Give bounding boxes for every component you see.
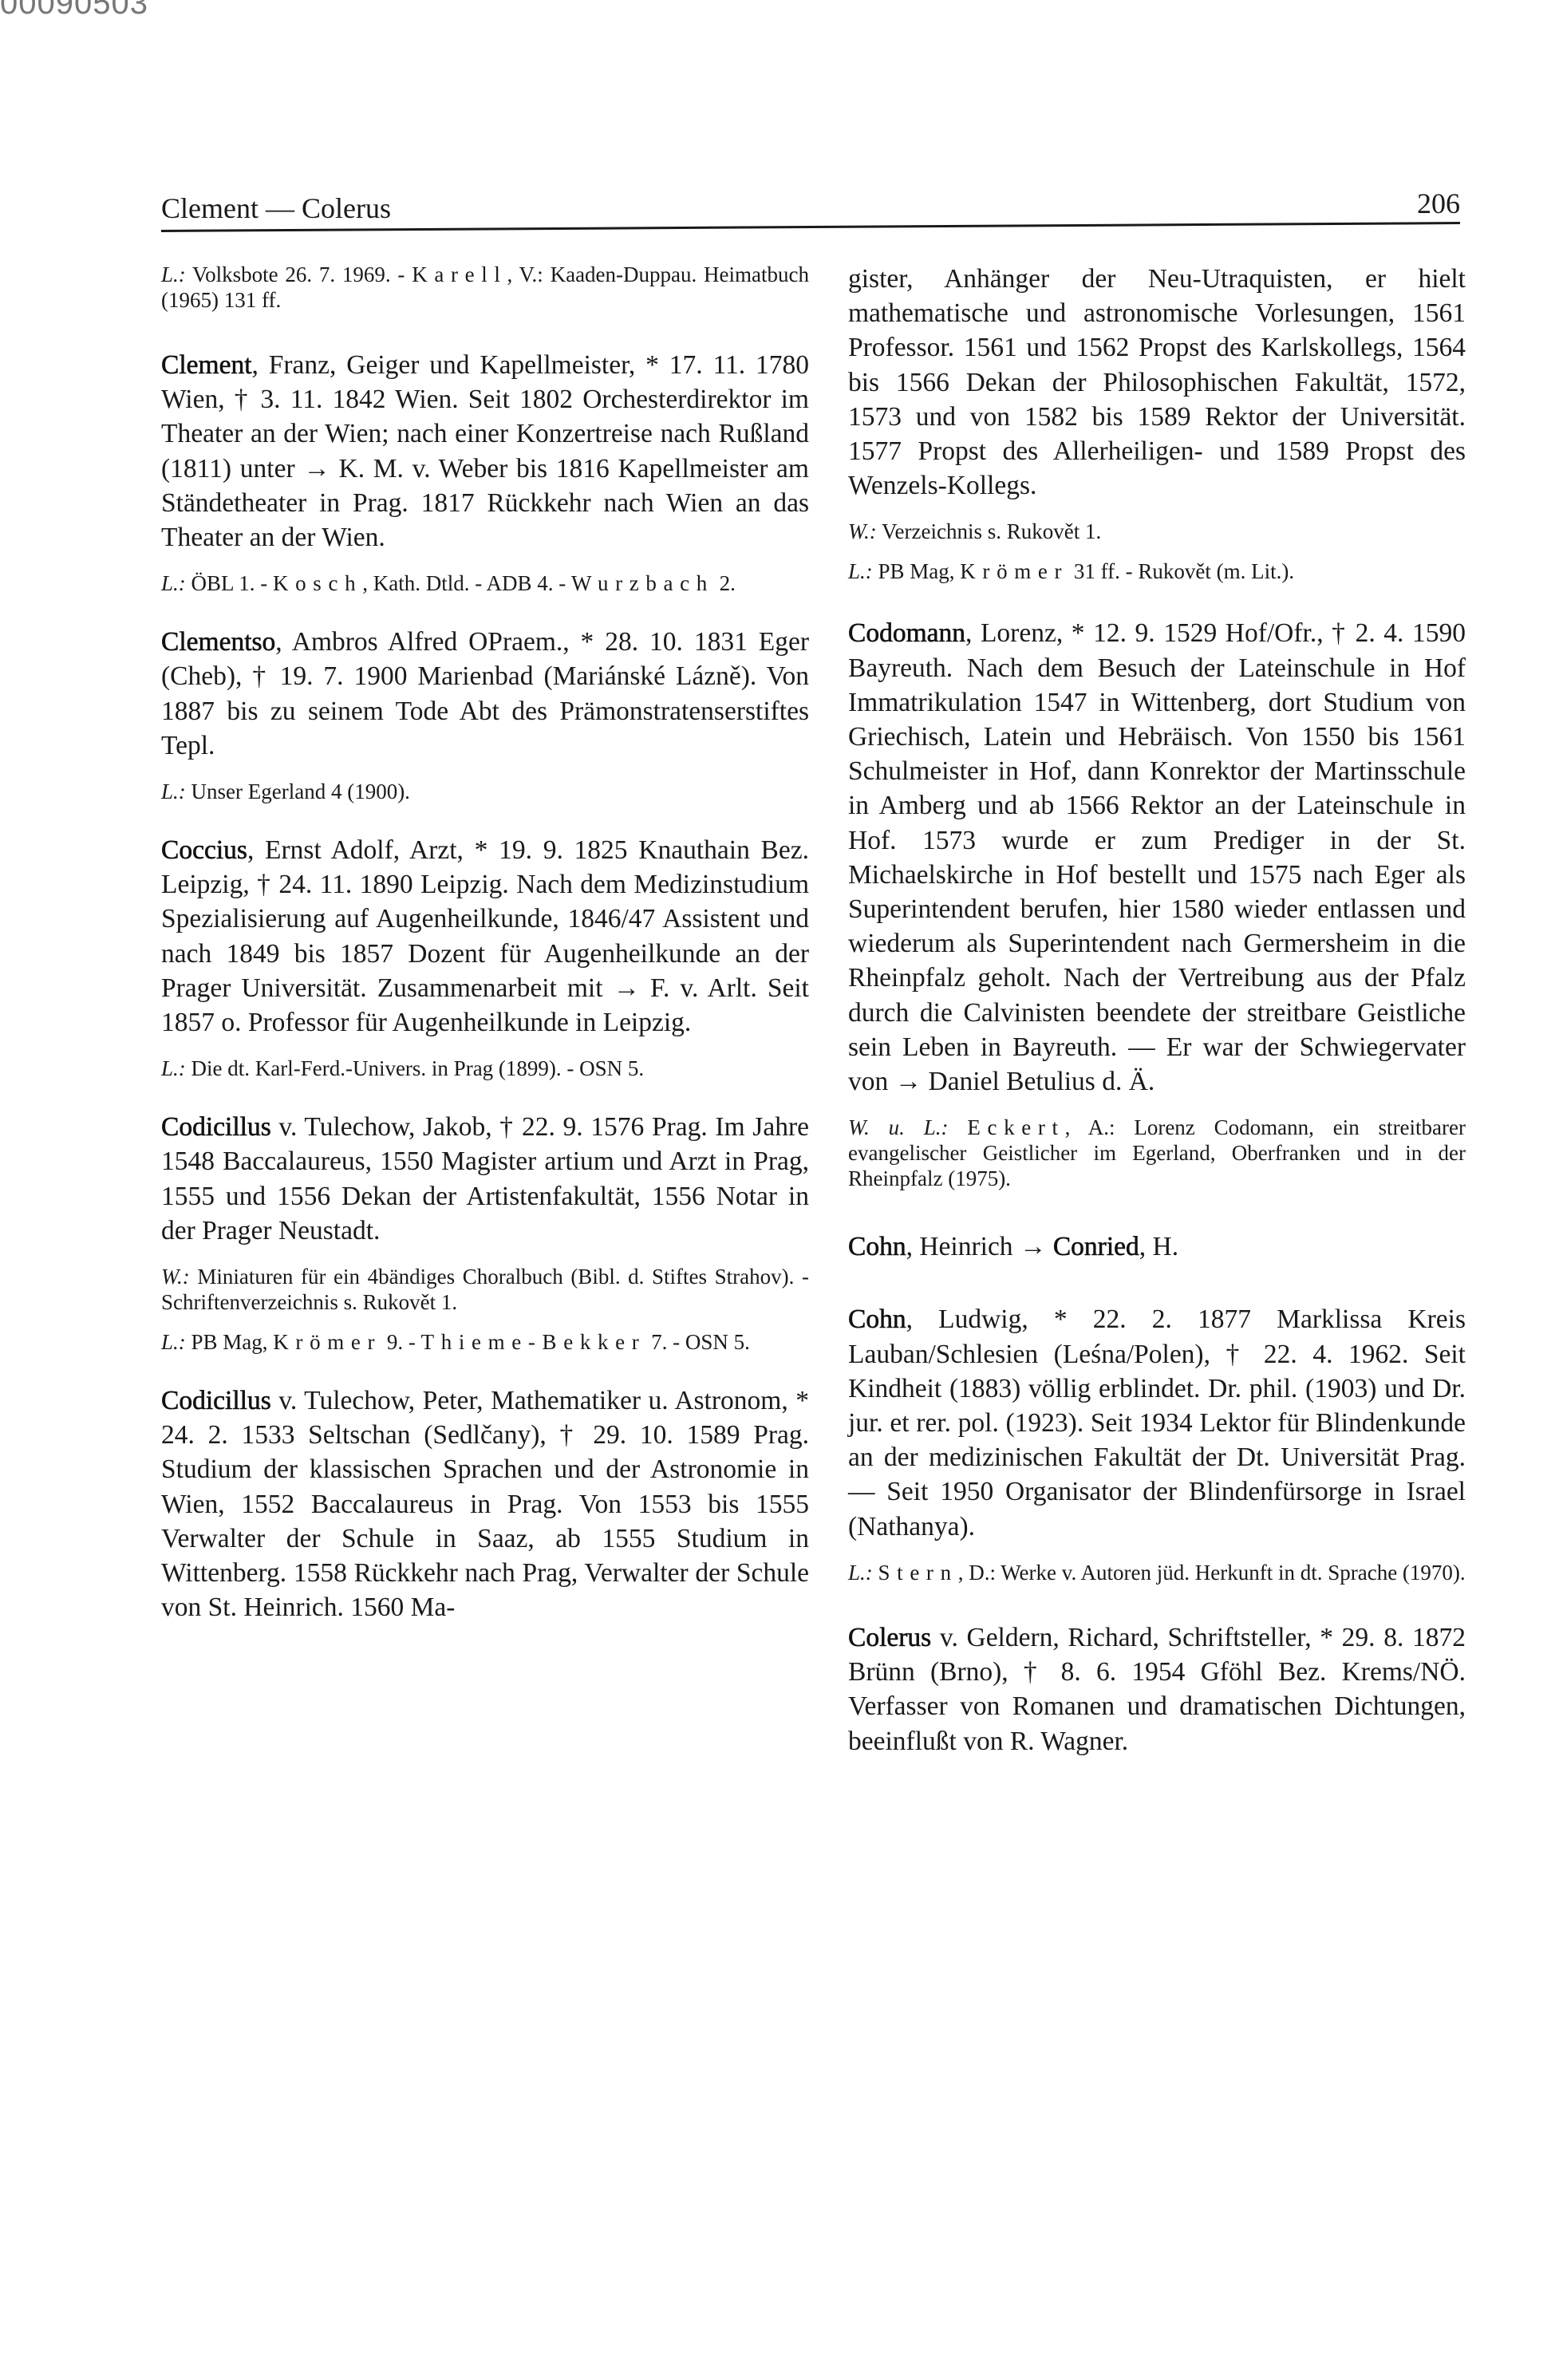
reference-line: L.: Die dt. Karl-Ferd.-Univers. in Prag … [161, 1056, 809, 1081]
reference-author: Krömer [960, 559, 1068, 583]
entry-text: Clementso, Ambros Alfred OPraem., * 28. … [161, 625, 809, 763]
reference-author: Kosch [273, 571, 362, 595]
reference-text: Volksbote 26. 7. 1969. - [186, 262, 412, 286]
entry-lemma: Coccius [161, 835, 247, 865]
reference-text: Miniaturen für ein 4bändiges Choralbuch … [161, 1265, 809, 1314]
entry-body: , Ludwig, * 22. 2. 1877 Marklissa Kreis … [848, 1304, 1466, 1541]
entry-codomann: Codomann, Lorenz, * 12. 9. 1529 Hof/Ofr.… [848, 616, 1466, 1191]
reference-text: 31 ff. - Rukovět (m. Lit.). [1068, 559, 1294, 583]
reference-text: ÖBL 1. - [186, 571, 273, 595]
running-head-title: Clement — Colerus [161, 191, 391, 225]
reference-author: Stern [878, 1561, 958, 1585]
reference-text: Verzeichnis s. Rukovět 1. [877, 519, 1101, 543]
entry-text: Codicillus v. Tulechow, Jakob, † 22. 9. … [161, 1110, 809, 1248]
entry-lemma: Colerus [848, 1623, 931, 1652]
entry-colerus: Colerus v. Geldern, Richard, Schriftstel… [848, 1620, 1466, 1758]
entry-body: , Heinrich → [906, 1232, 1053, 1261]
entry-lemma: Codicillus [161, 1386, 271, 1415]
reference-author: Thieme-Bekker [421, 1330, 646, 1354]
entry-lemma: Codomann [848, 618, 965, 648]
reference-text [948, 1115, 967, 1139]
entry-codicillus-jakob: Codicillus v. Tulechow, Jakob, † 22. 9. … [161, 1110, 809, 1355]
reference-author: Karell [412, 262, 507, 286]
entry-cohn-ludwig: Cohn, Ludwig, * 22. 2. 1877 Marklissa Kr… [848, 1302, 1466, 1585]
reference-author: Wurzbach [571, 571, 714, 595]
reference-tag: L.: [848, 1561, 873, 1585]
entry-codicillus-peter: Codicillus v. Tulechow, Peter, Mathemati… [161, 1383, 809, 1624]
reference-line: W.: Miniaturen für ein 4bändiges Choralb… [161, 1264, 809, 1315]
entry-lemma: Cohn [848, 1304, 906, 1334]
reference-text: , Kath. Dtld. - ADB 4. - [362, 571, 571, 595]
left-column: L.: Volksbote 26. 7. 1969. - Karell, V.:… [161, 262, 809, 1648]
entry-body: , Ernst Adolf, Arzt, * 19. 9. 1825 Knaut… [161, 835, 809, 1037]
carryover-reference-block: L.: Volksbote 26. 7. 1969. - Karell, V.:… [161, 262, 809, 313]
entry-text: Colerus v. Geldern, Richard, Schriftstel… [848, 1620, 1466, 1758]
reference-tag: L.: [848, 559, 873, 583]
entry-continuation: gister, Anhänger der Neu-Utraquisten, er… [848, 262, 1466, 584]
reference-line: L.: PB Mag, Krömer 31 ff. - Rukovět (m. … [848, 558, 1466, 584]
entry-lemma: Clement [161, 350, 252, 380]
entry-text: Cohn, Heinrich → Conried, H. [848, 1229, 1466, 1264]
entry-body: , Franz, Geiger und Kapellmeister, * 17.… [161, 350, 809, 552]
reference-text: PB Mag, [873, 559, 961, 583]
reference-tag: L.: [161, 262, 186, 286]
reference-text: PB Mag, [186, 1330, 274, 1354]
reference-line: L.: Unser Egerland 4 (1900). [161, 779, 809, 804]
reference-tag: W.: [161, 1265, 190, 1289]
reference-line: L.: Stern, D.: Werke v. Autoren jüd. Her… [848, 1560, 1466, 1585]
entry-clement: Clement, Franz, Geiger und Kapellmeister… [161, 348, 809, 596]
entry-body: v. Tulechow, Peter, Mathematiker u. Astr… [161, 1386, 809, 1622]
reference-tag: W. u. L.: [848, 1115, 948, 1139]
cross-reference-link[interactable]: Conried [1053, 1232, 1139, 1261]
reference-tag: L.: [161, 780, 186, 803]
entry-text: Codomann, Lorenz, * 12. 9. 1529 Hof/Ofr.… [848, 616, 1466, 1099]
entry-text: Coccius, Ernst Adolf, Arzt, * 19. 9. 182… [161, 833, 809, 1040]
reference-text: 9. - [381, 1330, 421, 1354]
reference-author: Krömer [273, 1330, 381, 1354]
reference-text [873, 1561, 878, 1585]
entry-body: gister, Anhänger der Neu-Utraquisten, er… [848, 262, 1466, 503]
entry-text: Cohn, Ludwig, * 22. 2. 1877 Marklissa Kr… [848, 1302, 1466, 1543]
reference-text: , D.: Werke v. Autoren jüd. Herkunft in … [958, 1561, 1466, 1585]
reference-line: L.: Volksbote 26. 7. 1969. - Karell, V.:… [161, 262, 809, 313]
reference-line: L.: ÖBL 1. - Kosch, Kath. Dtld. - ADB 4.… [161, 570, 809, 596]
entry-lemma: Cohn [848, 1232, 906, 1261]
reference-tag: L.: [161, 1330, 186, 1354]
reference-text: 2. [714, 571, 736, 595]
reference-author: Eckert [967, 1115, 1064, 1139]
reference-line: L.: PB Mag, Krömer 9. - Thieme-Bekker 7.… [161, 1329, 809, 1355]
entry-clementso: Clementso, Ambros Alfred OPraem., * 28. … [161, 625, 809, 804]
scan-id-label: 00090503 [0, 0, 148, 22]
entry-body: , Lorenz, * 12. 9. 1529 Hof/Ofr., † 2. 4… [848, 618, 1466, 1096]
entry-cohn-heinrich: Cohn, Heinrich → Conried, H. [848, 1229, 1466, 1264]
reference-text: Unser Egerland 4 (1900). [186, 780, 410, 803]
reference-tag: L.: [161, 571, 186, 595]
reference-text: Die dt. Karl-Ferd.-Univers. in Prag (189… [186, 1056, 644, 1080]
right-column: gister, Anhänger der Neu-Utraquisten, er… [848, 262, 1466, 1782]
reference-text: 7. - OSN 5. [645, 1330, 750, 1354]
entry-lemma: Clementso [161, 627, 275, 657]
page-number: 206 [1417, 187, 1460, 220]
entry-coccius: Coccius, Ernst Adolf, Arzt, * 19. 9. 182… [161, 833, 809, 1081]
entry-text: Clement, Franz, Geiger und Kapellmeister… [161, 348, 809, 555]
reference-tag: L.: [161, 1056, 186, 1080]
reference-tag: W.: [848, 519, 877, 543]
entry-text: Codicillus v. Tulechow, Peter, Mathemati… [161, 1383, 809, 1624]
reference-line: W. u. L.: Eckert, A.: Lorenz Codomann, e… [848, 1115, 1466, 1191]
cross-reference-rest: , H. [1139, 1232, 1178, 1261]
entry-body: v. Geldern, Richard, Schriftsteller, * 2… [848, 1623, 1466, 1756]
entry-lemma: Codicillus [161, 1112, 271, 1142]
reference-line: W.: Verzeichnis s. Rukovět 1. [848, 519, 1466, 544]
